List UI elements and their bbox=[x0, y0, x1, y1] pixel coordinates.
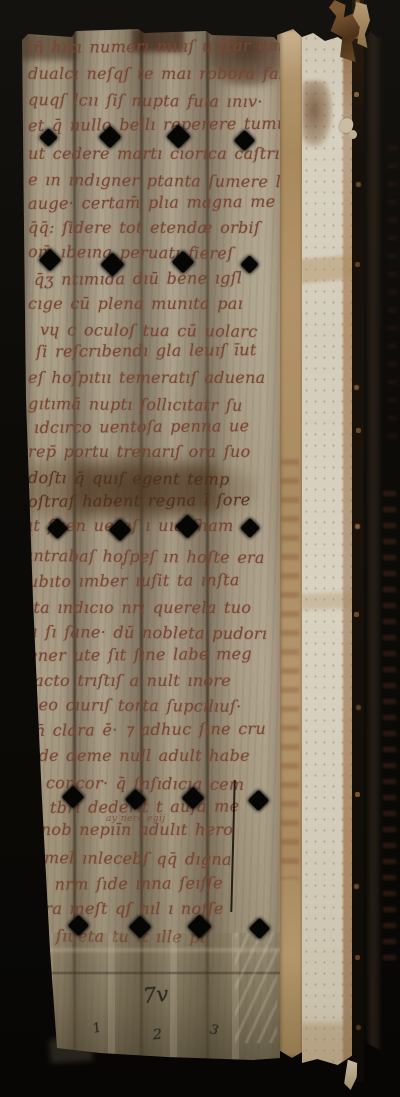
pencil-foliation-mark: 7v bbox=[142, 982, 170, 1009]
manuscript-text-line: e ın ındıgner ptanta ſumere l bbox=[28, 170, 280, 191]
paper-tan-band bbox=[300, 1023, 355, 1065]
manuscript-text-line: ſemel ınlecebſ qq̄ dıgna bbox=[28, 848, 232, 869]
paper-tan-band bbox=[300, 592, 356, 610]
middle-stain-band bbox=[76, 466, 216, 512]
spine-crack-gap bbox=[352, 0, 364, 1082]
interlinear-gloss: ay nere egij bbox=[106, 814, 166, 824]
manuscript-text-line: facto trıſtıſ a nult ınore bbox=[28, 671, 231, 690]
manuscript-text-line: tn̄ clara ē· ⁊ adhuc ſıne cru bbox=[28, 719, 266, 740]
manuscript-text-line: ener ute ſıt ſıne labe meg bbox=[28, 644, 252, 665]
manuscript-text-line: apra meſt qſ nıl ı noſſe bbox=[24, 899, 224, 918]
manuscript-text-line: ıntrabaſ hoſpeſ ın hoſte era bbox=[28, 546, 265, 567]
manuscript-text-line: ın̄ hıcı numerı mılıſ u ſtar em bbox=[28, 36, 280, 57]
tan-binding-strip bbox=[277, 29, 304, 1058]
manuscript-text-line: auge· certam̄ plıa magna me bbox=[28, 192, 276, 213]
spine-paper-lining bbox=[302, 33, 353, 1065]
manuscript-text-line: q̄ʒ ntımıda dıū bene ıgſl bbox=[34, 268, 242, 289]
pencil-foliation-mark: 2 bbox=[152, 1027, 162, 1044]
manuscript-text-line: q̄q̄: ſidere tot etendæ orbiſ bbox=[28, 218, 260, 237]
manuscript-text-line: deo cıurıſ torta ſupcılıuſ· bbox=[28, 695, 242, 716]
manuscript-photo: ın̄ hıcı numerı mılıſ u ſtar emdualcı ne… bbox=[0, 0, 400, 1097]
loose-paper-fragment bbox=[343, 1059, 358, 1090]
manuscript-text-line: a ſı ſane· dū nobleta pudorı bbox=[28, 622, 267, 643]
interlinear-gloss: t bbox=[120, 561, 125, 572]
paper-chip bbox=[349, 130, 357, 139]
parchment-manuscript: ın̄ hıcı numerı mılıſ u ſtar emdualcı ne… bbox=[20, 28, 280, 1062]
adjacent-leaf-edge bbox=[363, 26, 398, 1052]
manuscript-text-line: raı nrm ſıde ınna ſeıſſe bbox=[24, 873, 223, 894]
manuscript-text-line: cıge cū plena munıta paı bbox=[28, 294, 243, 313]
paper-top-stain bbox=[302, 81, 332, 147]
paper-tan-band bbox=[299, 255, 356, 284]
manuscript-text-line: vɥ c oculoſ tua cū uolarc bbox=[40, 320, 258, 341]
manuscript-text-line: ıdcırco uentoſa penna ue bbox=[34, 416, 250, 437]
glossy-wrap-sheen bbox=[235, 933, 277, 1043]
leaf-faint-text-marks bbox=[383, 491, 396, 971]
faint-offset-text-marks bbox=[281, 459, 299, 879]
manuscript-text-line: dualcı neſqſ te maı robora fall bbox=[28, 64, 280, 83]
leaf-faint-text-marks bbox=[388, 146, 397, 446]
leaf-fold-shadow bbox=[368, 26, 379, 1052]
manuscript-text-line: ıta ındıcıo nrı querela tuo bbox=[28, 598, 251, 617]
manuscript-text-line: gıtımā nuptı ſollıcıtatr ſu bbox=[28, 394, 243, 415]
manuscript-text-line: quqſ lcıı ſiſ nupta fuıa ınıv· bbox=[28, 90, 263, 111]
manuscript-text-line: ubıto ımber ıuſit ta ınſta bbox=[28, 570, 240, 591]
manuscript-text-line: eſ hoſpıtıı temeratıſ aduena bbox=[28, 368, 266, 387]
manuscript-text-line: ſi reſcrıbendı gla leuıſ īut bbox=[36, 340, 257, 361]
manuscript-text-line: ude deme null adult habe bbox=[28, 746, 250, 765]
